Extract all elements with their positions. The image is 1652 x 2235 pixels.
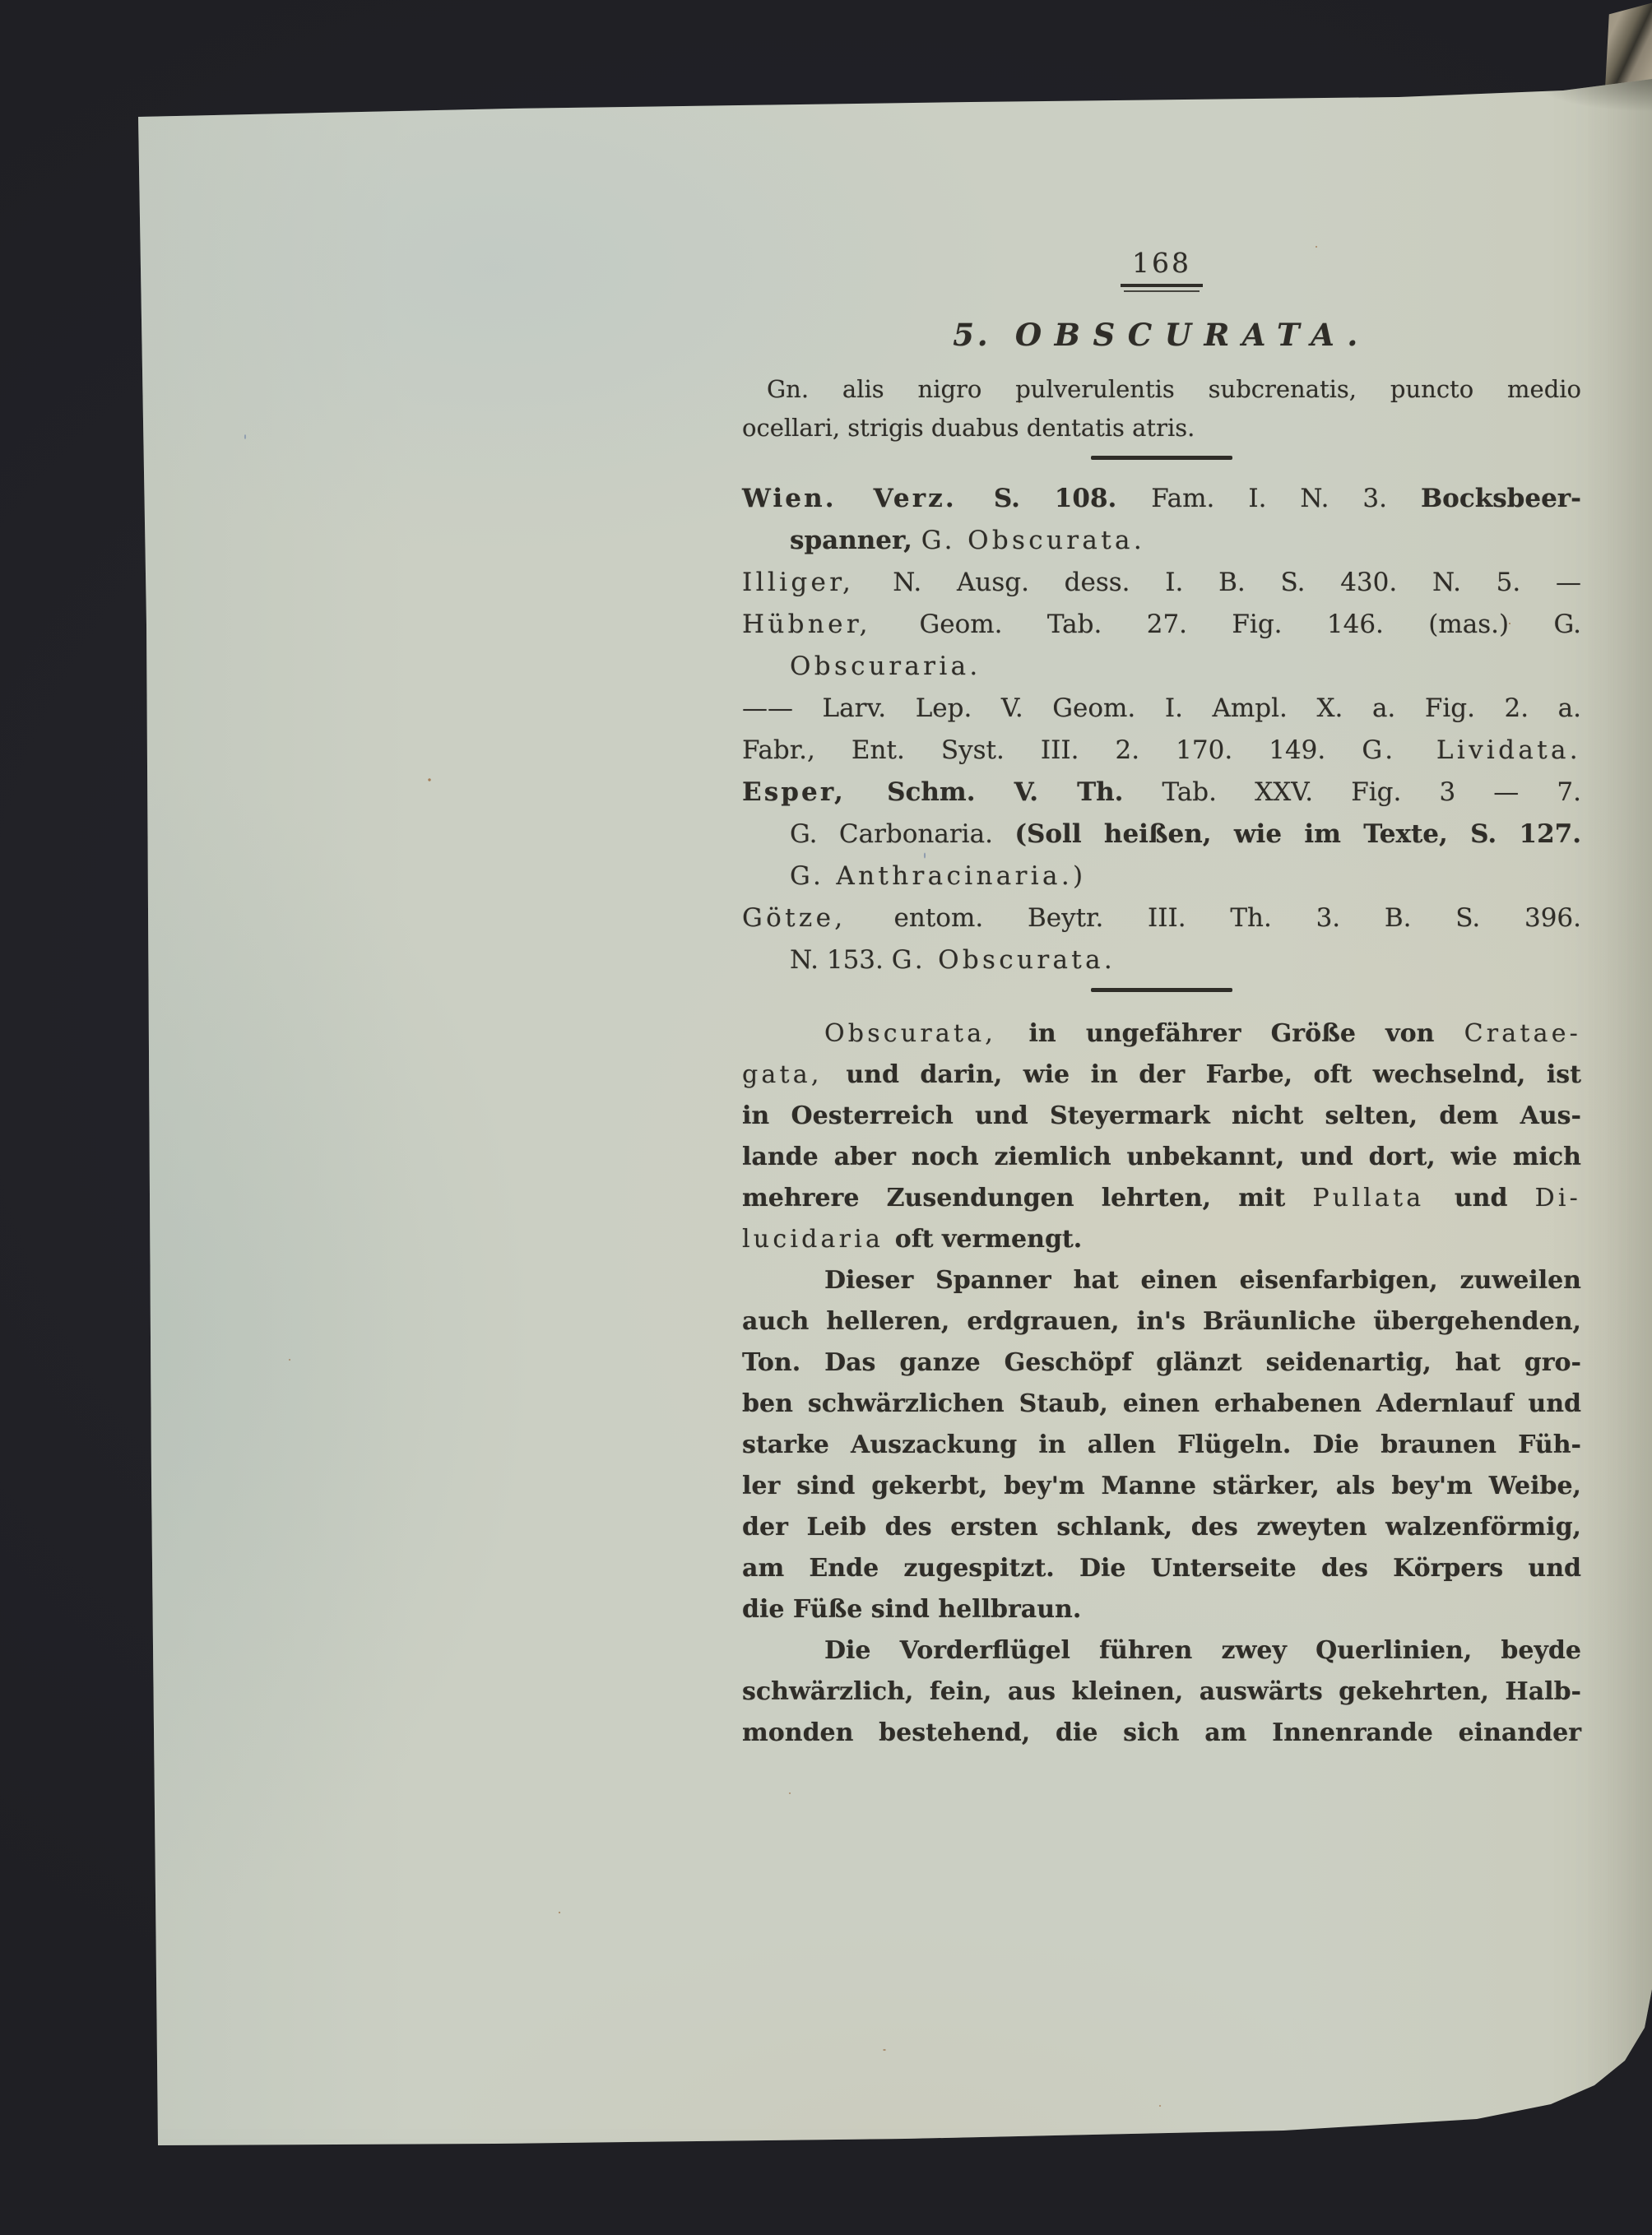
text-line: Esper, Schm. V. Th. Tab. XXV. Fig. 3 — 7… <box>742 772 1581 814</box>
fraktur-text: mehrere Zusendungen lehrten, mit <box>742 1184 1312 1213</box>
text-line: ocellari, strigis duabus dentatis atris. <box>742 409 1581 447</box>
page-content: 168 5.OBSCURATA. Gn. alis nigro pulverul… <box>742 247 1581 1754</box>
antiqua-text: Fam. I. N. 3. <box>1151 484 1421 513</box>
antiqua-text: Obscuraria. <box>790 651 981 681</box>
fraktur-text: und <box>1455 1184 1535 1213</box>
antiqua-text: G. Lividata. <box>1362 735 1581 765</box>
text-line: Illiger, N. Ausg. dess. I. B. S. 430. N.… <box>742 562 1581 604</box>
fraktur-text: Bocksbeer- <box>1421 484 1581 513</box>
text-line: Ton. Das ganze Geschöpf glänzt seidenart… <box>742 1342 1581 1384</box>
text-line: Obscuraria. <box>742 646 1581 688</box>
description-text: Obscurata, in ungefährer Größe von Crata… <box>742 1013 1581 1754</box>
paragraph: Obscurata, in ungefährer Größe von Crata… <box>742 1013 1581 1260</box>
divider-rule-middle <box>1091 988 1232 992</box>
text-line: in Oesterreich und Steyermark nicht selt… <box>742 1096 1581 1137</box>
antiqua-text: Geom. Tab. 27. Fig. 146. (mas.) G. <box>920 610 1581 639</box>
antiqua-text: G. Anthracinaria.) <box>790 861 1086 891</box>
antiqua-text: G. Obscurata. <box>921 526 1145 555</box>
fraktur-text: der Leib des ersten schlank, des zweyten… <box>742 1513 1581 1542</box>
scan-background: 168 5.OBSCURATA. Gn. alis nigro pulverul… <box>0 0 1652 2235</box>
antiqua-text: G. Obscurata. <box>892 945 1116 975</box>
fraktur-text: Die Vorderflügel führen zwey Querlinien,… <box>824 1636 1581 1665</box>
text-line: Die Vorderflügel führen zwey Querlinien,… <box>742 1630 1581 1672</box>
text-line: der Leib des ersten schlank, des zweyten… <box>742 1507 1581 1548</box>
page-header: 168 <box>742 247 1581 293</box>
text-line: Götze, entom. Beytr. III. Th. 3. B. S. 3… <box>742 897 1581 939</box>
fraktur-text: ler sind gekerbt, bey'm Manne stärker, a… <box>742 1472 1581 1500</box>
fraktur-text: starke Auszackung in allen Flügeln. Die … <box>742 1430 1581 1459</box>
antiqua-text: lucidaria <box>742 1225 895 1254</box>
text-line: monden bestehend, die sich am Innenrande… <box>742 1713 1581 1754</box>
antiqua-text: G. Carbonaria. <box>790 819 1014 849</box>
fraktur-text: schwärzlich, fein, aus kleinen, auswärts… <box>742 1677 1581 1706</box>
text-line: gata, und darin, wie in der Farbe, oft w… <box>742 1055 1581 1096</box>
fraktur-text: Schm. V. Th. <box>887 777 1162 807</box>
text-line: schwärzlich, fein, aus kleinen, auswärts… <box>742 1672 1581 1713</box>
fraktur-text: monden bestehend, die sich am Innenrande… <box>742 1718 1581 1747</box>
fraktur-text: auch helleren, erdgrauen, in's Bräunlich… <box>742 1307 1581 1336</box>
antiqua-text: Fabr., Ent. Syst. III. 2. 170. 149. <box>742 735 1362 765</box>
antiqua-text: Tab. XXV. Fig. 3 — 7. <box>1162 777 1581 807</box>
fraktur-text: in Oesterreich und Steyermark nicht selt… <box>742 1101 1581 1130</box>
fraktur-text: ben schwärzlichen Staub, einen erhabenen… <box>742 1389 1581 1418</box>
fraktur-text: in ungefährer Größe von <box>1029 1019 1464 1048</box>
latin-diagnosis: Gn. alis nigro pulverulentis subcrenatis… <box>742 370 1581 447</box>
antiqua-text: Pullata <box>1312 1184 1454 1213</box>
fraktur-text: am Ende zugespitzt. Die Unterseite des K… <box>742 1554 1581 1583</box>
antiqua-text: Di- <box>1535 1184 1581 1213</box>
antiqua-text: Obscurata, <box>824 1019 1029 1048</box>
antiqua-text: Götze, <box>742 903 894 933</box>
fraktur-text: spanner, <box>790 526 921 555</box>
fraktur-text: Wien. Verz. <box>742 484 994 513</box>
antiqua-text: —— Larv. Lep. V. Geom. I. Ampl. X. a. Fi… <box>742 693 1581 723</box>
divider-rule-top <box>1091 456 1232 460</box>
text-line: starke Auszackung in allen Flügeln. Die … <box>742 1425 1581 1466</box>
species-heading: 5.OBSCURATA. <box>742 314 1581 355</box>
book-page: 168 5.OBSCURATA. Gn. alis nigro pulverul… <box>0 0 1652 2235</box>
antiqua-text: Hübner, <box>742 610 920 639</box>
text-line: —— Larv. Lep. V. Geom. I. Ampl. X. a. Fi… <box>742 688 1581 730</box>
text-line: auch helleren, erdgrauen, in's Bräunlich… <box>742 1301 1581 1342</box>
page-curl-shadow <box>1529 79 1652 112</box>
antiqua-text: Gn. alis nigro pulverulentis subcrenatis… <box>767 375 1581 403</box>
text-line: die Füße sind hellbraun. <box>742 1589 1581 1630</box>
antiqua-text: N. 153. <box>790 945 892 975</box>
paragraph: Dieser Spanner hat einen eisenfarbigen, … <box>742 1260 1581 1630</box>
fraktur-text: lande aber noch ziemlich unbekannt, und … <box>742 1143 1581 1171</box>
antiqua-text: N. Ausg. dess. I. B. S. 430. N. 5. — <box>893 568 1581 597</box>
antiqua-text: entom. Beytr. III. Th. 3. B. S. 396. <box>894 903 1581 933</box>
paragraph: Die Vorderflügel führen zwey Querlinien,… <box>742 1630 1581 1754</box>
text-line: Wien. Verz. S. 108. Fam. I. N. 3. Bocksb… <box>742 478 1581 520</box>
fraktur-text: die Füße sind hellbraun. <box>742 1595 1081 1624</box>
text-line: mehrere Zusendungen lehrten, mit Pullata… <box>742 1178 1581 1219</box>
antiqua-text: Illiger, <box>742 568 893 597</box>
text-line: am Ende zugespitzt. Die Unterseite des K… <box>742 1548 1581 1589</box>
text-line: lucidaria oft vermengt. <box>742 1219 1581 1260</box>
fraktur-text: Ton. Das ganze Geschöpf glänzt seidenart… <box>742 1348 1581 1377</box>
fraktur-text: (Soll heißen, wie im Texte, S. 127. <box>1014 819 1581 849</box>
text-line: Gn. alis nigro pulverulentis subcrenatis… <box>742 370 1581 409</box>
text-line: lande aber noch ziemlich unbekannt, und … <box>742 1137 1581 1178</box>
antiqua-text: Cratae- <box>1464 1019 1581 1048</box>
text-line: G. Carbonaria. (Soll heißen, wie im Text… <box>742 814 1581 856</box>
text-line: Dieser Spanner hat einen eisenfarbigen, … <box>742 1260 1581 1301</box>
text-line: spanner, G. Obscurata. <box>742 520 1581 562</box>
antiqua-text: gata, <box>742 1060 846 1089</box>
text-line: Fabr., Ent. Syst. III. 2. 170. 149. G. L… <box>742 730 1581 772</box>
fraktur-text: Dieser Spanner hat einen eisenfarbigen, … <box>824 1266 1581 1295</box>
species-number: 5. <box>953 317 991 353</box>
antiqua-text: ocellari, strigis duabus dentatis atris. <box>742 414 1195 442</box>
text-line: N. 153. G. Obscurata. <box>742 939 1581 981</box>
page-number: 168 <box>1121 247 1203 287</box>
text-line: Hübner, Geom. Tab. 27. Fig. 146. (mas.) … <box>742 604 1581 646</box>
text-line: ben schwärzlichen Staub, einen erhabenen… <box>742 1384 1581 1425</box>
species-name: OBSCURATA. <box>1015 317 1371 353</box>
text-line: Obscurata, in ungefährer Größe von Crata… <box>742 1013 1581 1055</box>
synonymy-references: Wien. Verz. S. 108. Fam. I. N. 3. Bocksb… <box>742 478 1581 981</box>
fraktur-text: Esper, <box>742 777 887 807</box>
text-line: ler sind gekerbt, bey'm Manne stärker, a… <box>742 1466 1581 1507</box>
fraktur-text: S. 108. <box>994 484 1151 513</box>
fraktur-text: oft vermengt. <box>895 1225 1082 1254</box>
fraktur-text: und darin, wie in der Farbe, oft wechsel… <box>846 1060 1581 1089</box>
text-line: G. Anthracinaria.) <box>742 856 1581 897</box>
